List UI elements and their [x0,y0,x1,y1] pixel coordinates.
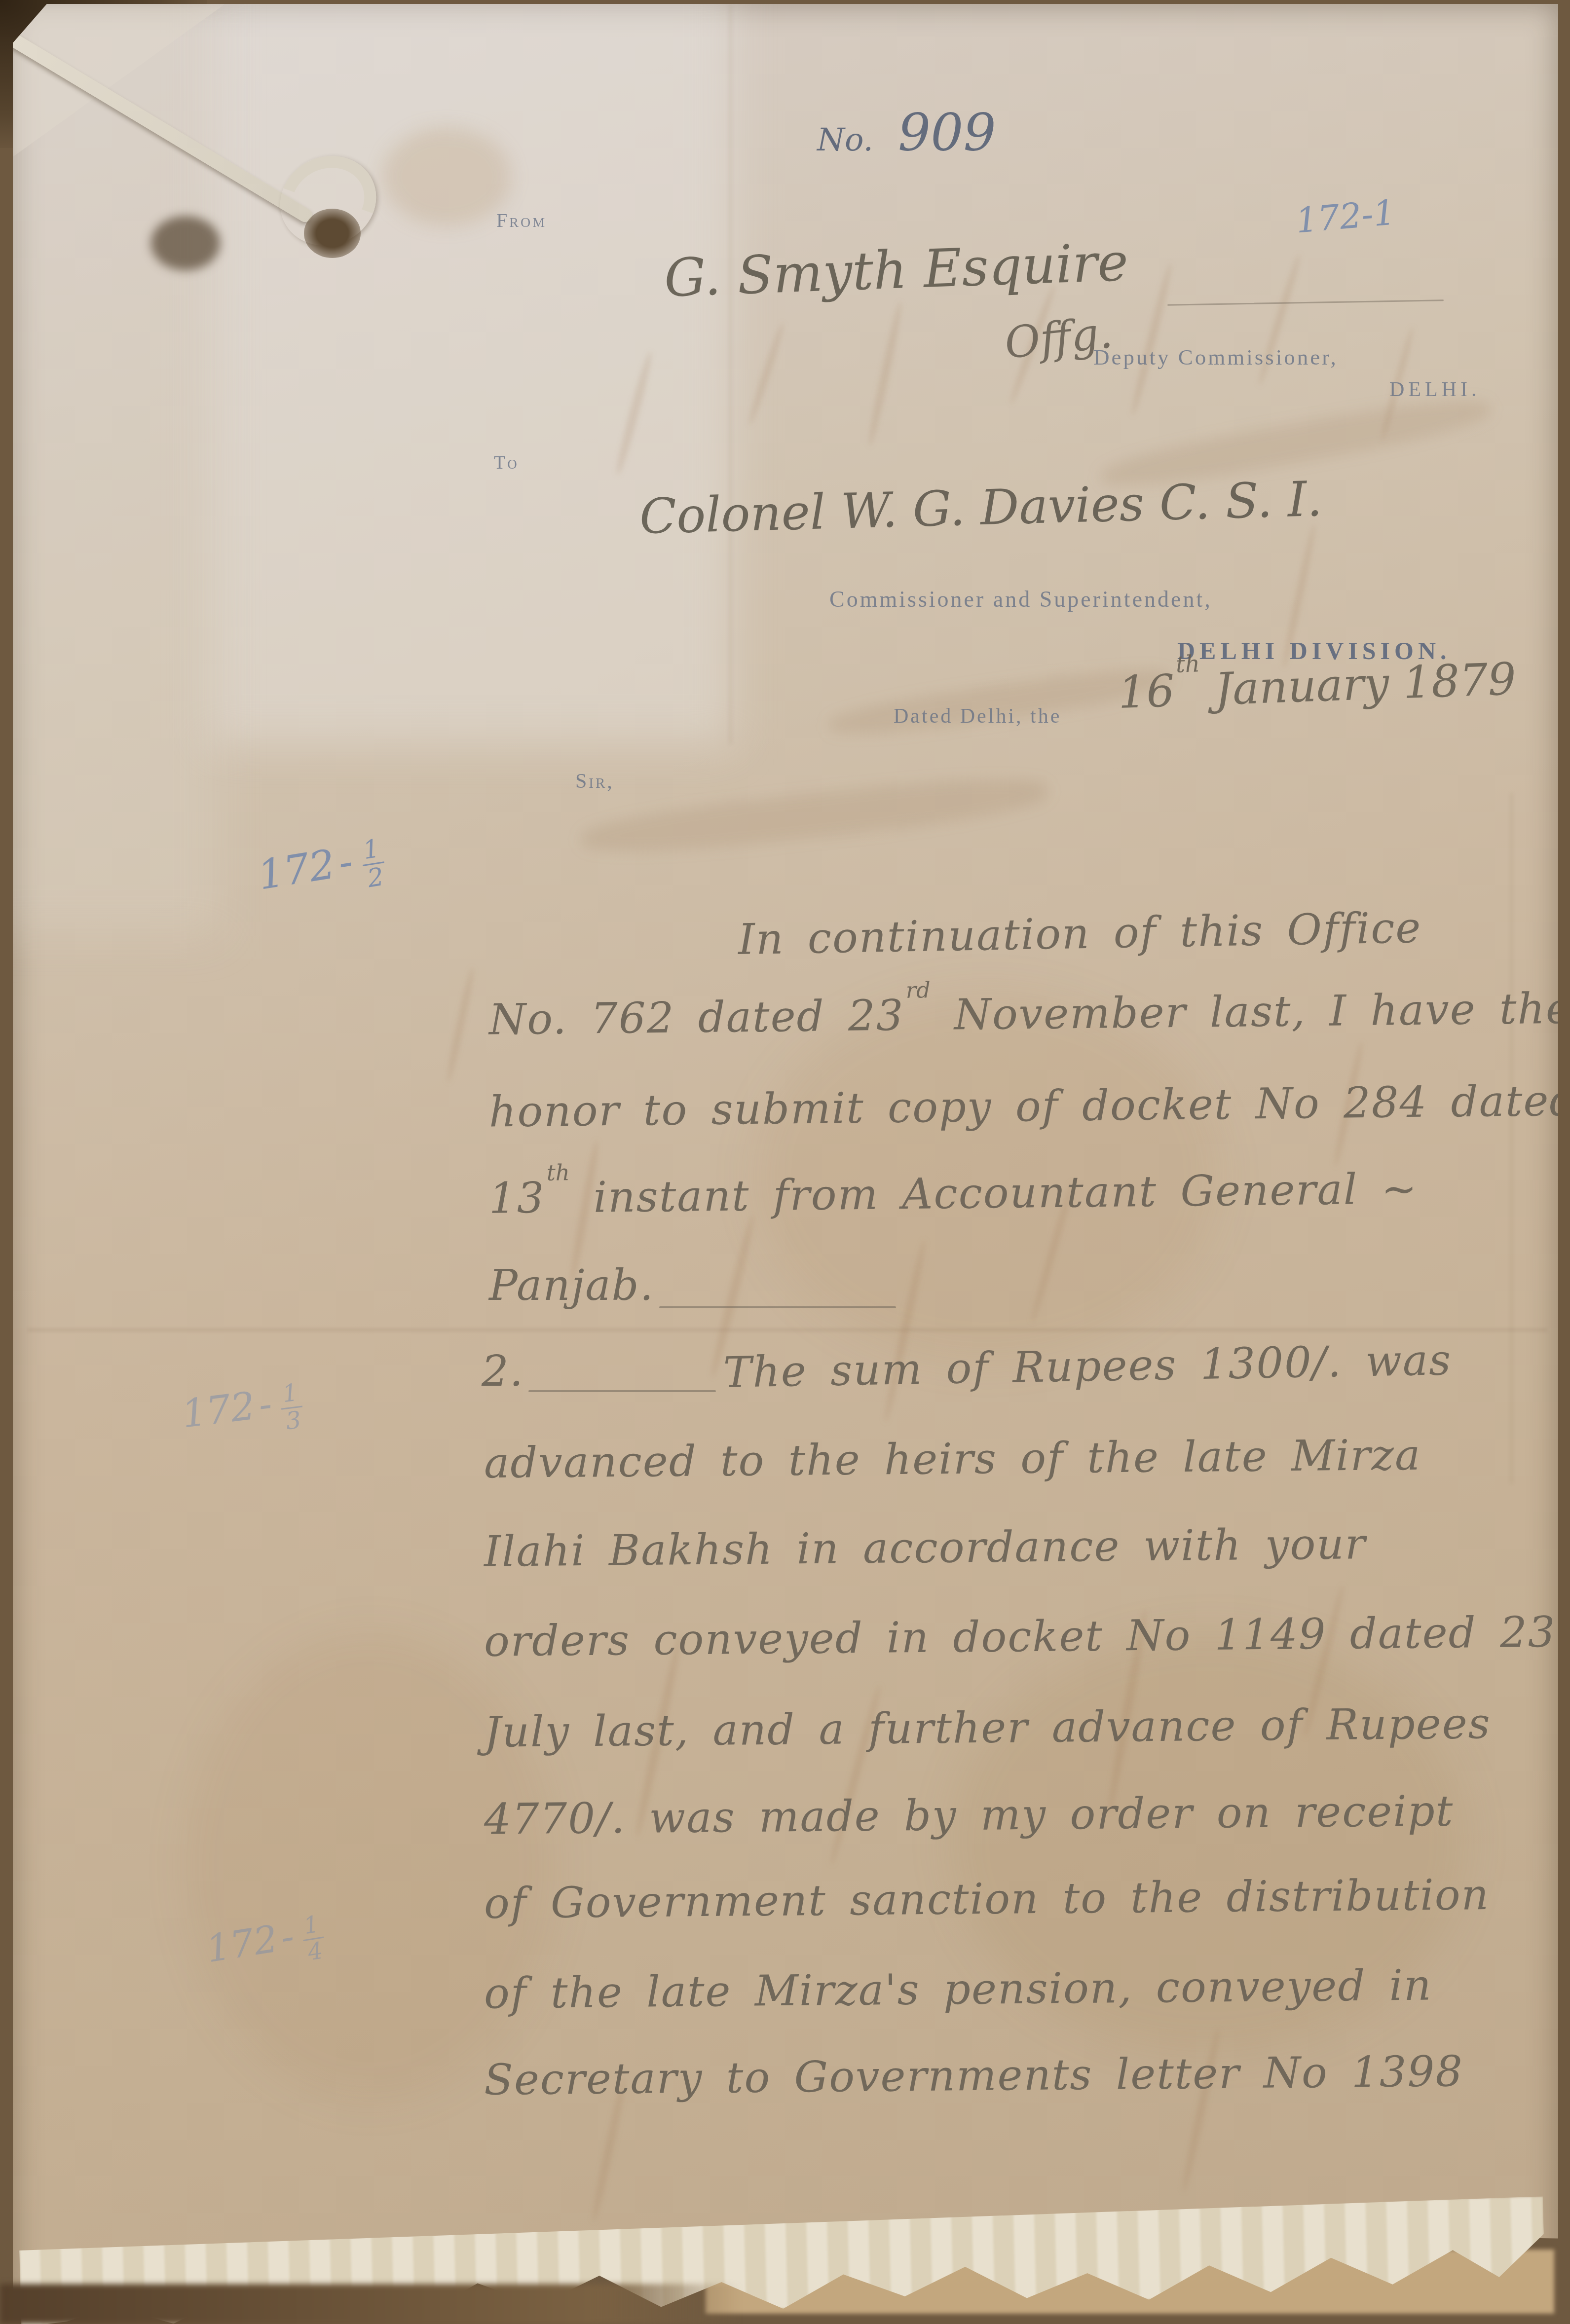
body-segment: orders conveyed in docket No 1149 dated … [484,1608,1556,1666]
ink-bleed-streak [866,301,904,447]
body-line: orders conveyed in docket No 1149 dated … [484,1607,1570,1666]
paper-stain [383,127,511,226]
paper-light-patch [210,0,733,744]
pencil-ref-number: 172 [255,841,338,899]
sender-station: DELHI. [1389,378,1480,402]
ordinal-suffix: rd [1558,1593,1570,1620]
body-line: of the late Mirza's pension, conveyed in [484,1961,1432,2019]
body-line: 13th instant from Accountant General ~ [489,1164,1419,1223]
document-number-line: No. 909 [817,103,996,163]
ink-bleed-streak [746,321,786,427]
pencil-dash: - [335,838,356,886]
pencil-dash: - [256,1382,274,1428]
document-number-value: 909 [898,103,996,163]
sender-rank-printed: Deputy Commissioner, [1093,344,1338,370]
from-label: From [496,209,547,232]
body-line: 4770/. was made by my order on receipt [484,1786,1454,1844]
document-number-label: No. [817,122,873,158]
ordinal-suffix: th [547,1159,570,1185]
fraction-numerator: 1 [278,1380,302,1409]
paragraph-number: 2. [482,1347,524,1396]
body-segment: November last, I have the [931,984,1570,1040]
ordinal-suffix: rd [905,977,931,1003]
punch-hole-shadow [151,216,220,270]
recipient-title: Commissioner and Superintendent, [829,586,1212,612]
ink-bleed-streak [1129,262,1175,417]
pencil-ref-top-right: 172-1 [1294,192,1397,241]
pencil-dash: - [278,1914,297,1959]
dateline-printed: Dated Delhi, the [894,704,1061,728]
fraction-denominator: 2 [366,863,385,892]
dateline-handwritten: 16th January 1879 [1117,653,1517,719]
ink-bleed-smudge [579,769,1050,862]
pencil-ref-half: 172-12 [255,833,390,922]
body-line: Panjab. [489,1261,654,1310]
date-day-suffix: th [1175,651,1200,678]
fraction-denominator: 3 [285,1407,303,1434]
date-day: 16 [1117,665,1175,719]
pencil-ref-number: 172 [180,1384,258,1437]
body-line: Secretary to Governments letter No 1398 [484,2047,1464,2104]
pencil-fraction: 12 [358,835,388,892]
body-line: No. 762 dated 23rd November last, I have… [489,984,1570,1045]
fold-crease [28,1328,1547,1331]
body-line: advanced to the heirs of the late Mirza [484,1431,1421,1488]
body-line: honor to submit copy of docket No 284 da… [489,1076,1570,1137]
fold-crease [1510,793,1513,1484]
body-line: The sum of Rupees 1300/. was [723,1335,1452,1398]
fraction-denominator: 4 [306,1939,325,1965]
body-line: July last, and a further advance of Rupe… [484,1699,1492,1757]
paper-sheet: No. 909 172-1 From G. Smyth Esquire Offg… [13,4,1558,2303]
body-line: Ilahi Bakhsh in accordance with your [484,1519,1367,1577]
bottom-shadow [0,2284,740,2324]
body-segment: No. 762 dated 23 [489,991,904,1045]
ink-bleed-streak [445,966,476,1084]
date-rest: January 1879 [1200,653,1517,716]
punch-hole [304,209,361,258]
sender-name-underline [1167,299,1444,306]
paragraph-dash-rule [659,1306,896,1308]
pencil-ref-third: 172-13 [180,1378,307,1460]
pencil-fraction: 13 [278,1380,305,1435]
salutation: Sir, [575,770,614,793]
paragraph-dash-rule [528,1390,716,1392]
to-label: To [494,452,519,474]
paper-stain [186,1632,556,2101]
body-segment: instant from Accountant General ~ [570,1164,1418,1222]
recipient-name: Colonel W. G. Davies C. S. I. [639,471,1323,545]
body-line: In continuation of this Office [738,903,1422,964]
body-line: of Government sanction to the distributi… [484,1870,1490,1928]
scanned-letter-page: No. 909 172-1 From G. Smyth Esquire Offg… [0,0,1570,2324]
fold-crease [729,4,732,744]
body-segment: 13 [489,1174,545,1223]
